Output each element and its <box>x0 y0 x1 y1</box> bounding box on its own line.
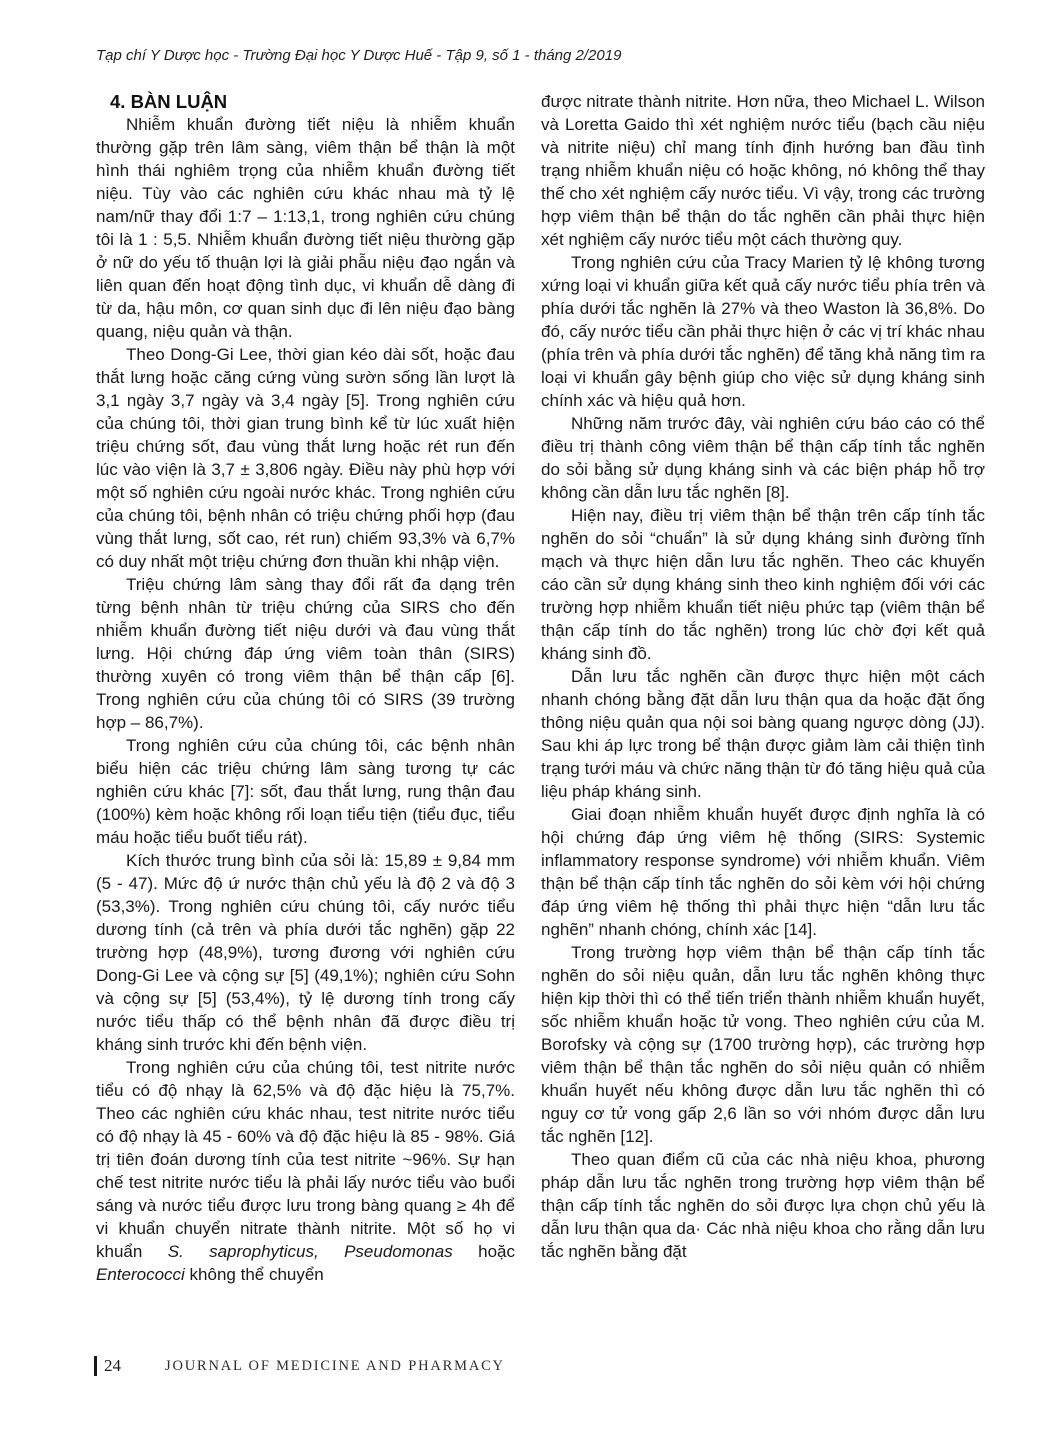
italic-text-run: Enterococci <box>96 1265 185 1284</box>
text-run: Nhiễm khuẩn đường tiết niệu là nhiễm khu… <box>96 115 515 341</box>
paragraph: Theo quan điểm cũ của các nhà niệu khoa,… <box>541 1148 985 1263</box>
journal-name: JOURNAL OF MEDICINE AND PHARMACY <box>165 1358 505 1375</box>
text-run: Dẫn lưu tắc nghẽn cần được thực hiện một… <box>541 667 985 801</box>
italic-text-run: Pseudomonas <box>344 1242 453 1261</box>
page-number: 24 <box>104 1356 121 1376</box>
text-run: hoặc <box>453 1242 515 1261</box>
right-column: được nitrate thành nitrite. Hơn nữa, the… <box>541 90 985 1286</box>
footer-rule <box>94 1356 97 1376</box>
running-header: Tạp chí Y Dược học - Trường Đại học Y Dư… <box>96 46 621 66</box>
text-run: Những năm trước đây, vài nghiên cứu báo … <box>541 414 985 502</box>
page-footer: 24 JOURNAL OF MEDICINE AND PHARMACY <box>94 1356 505 1376</box>
paragraph: Dẫn lưu tắc nghẽn cần được thực hiện một… <box>541 665 985 803</box>
paragraph: Trong trường hợp viêm thận bể thận cấp t… <box>541 941 985 1148</box>
paragraph: Kích thước trung bình của sỏi là: 15,89 … <box>96 849 515 1056</box>
text-run: được nitrate thành nitrite. Hơn nữa, the… <box>541 92 985 249</box>
text-run: Kích thước trung bình của sỏi là: 15,89 … <box>96 851 515 1054</box>
text-run: Theo Dong-Gi Lee, thời gian kéo dài sốt,… <box>96 345 515 571</box>
text-run: Giai đoạn nhiễm khuẩn huyết được định ng… <box>541 805 985 939</box>
text-run: Theo quan điểm cũ của các nhà niệu khoa,… <box>541 1150 985 1261</box>
paragraph: Theo Dong-Gi Lee, thời gian kéo dài sốt,… <box>96 343 515 573</box>
left-column: 4. BÀN LUẬN Nhiễm khuẩn đường tiết niệu … <box>96 90 515 1286</box>
text-run: Triệu chứng lâm sàng thay đổi rất đa dạn… <box>96 575 515 732</box>
paragraph: Những năm trước đây, vài nghiên cứu báo … <box>541 412 985 504</box>
paragraph: Trong nghiên cứu của chúng tôi, các bệnh… <box>96 734 515 849</box>
paragraph: được nitrate thành nitrite. Hơn nữa, the… <box>541 90 985 251</box>
text-run: Hiện nay, điều trị viêm thận bể thận trê… <box>541 506 985 663</box>
text-run: Trong nghiên cứu của Tracy Marien tỷ lệ … <box>541 253 985 410</box>
text-run: Trong trường hợp viêm thận bể thận cấp t… <box>541 943 985 1146</box>
paragraph: Trong nghiên cứu của chúng tôi, test nit… <box>96 1056 515 1286</box>
italic-text-run: S. saprophyticus, <box>168 1242 319 1261</box>
paragraph: Giai đoạn nhiễm khuẩn huyết được định ng… <box>541 803 985 941</box>
paragraph: Nhiễm khuẩn đường tiết niệu là nhiễm khu… <box>96 113 515 343</box>
text-run: Trong nghiên cứu của chúng tôi, test nit… <box>96 1058 515 1261</box>
paragraph: Trong nghiên cứu của Tracy Marien tỷ lệ … <box>541 251 985 412</box>
article-body: 4. BÀN LUẬN Nhiễm khuẩn đường tiết niệu … <box>96 90 985 1286</box>
text-run <box>319 1242 344 1261</box>
text-run: không thể chuyển <box>185 1265 324 1284</box>
section-heading: 4. BÀN LUẬN <box>96 90 515 113</box>
text-run: Trong nghiên cứu của chúng tôi, các bệnh… <box>96 736 515 847</box>
journal-page: Tạp chí Y Dược học - Trường Đại học Y Dư… <box>0 0 1058 1455</box>
paragraph: Triệu chứng lâm sàng thay đổi rất đa dạn… <box>96 573 515 734</box>
paragraph: Hiện nay, điều trị viêm thận bể thận trê… <box>541 504 985 665</box>
